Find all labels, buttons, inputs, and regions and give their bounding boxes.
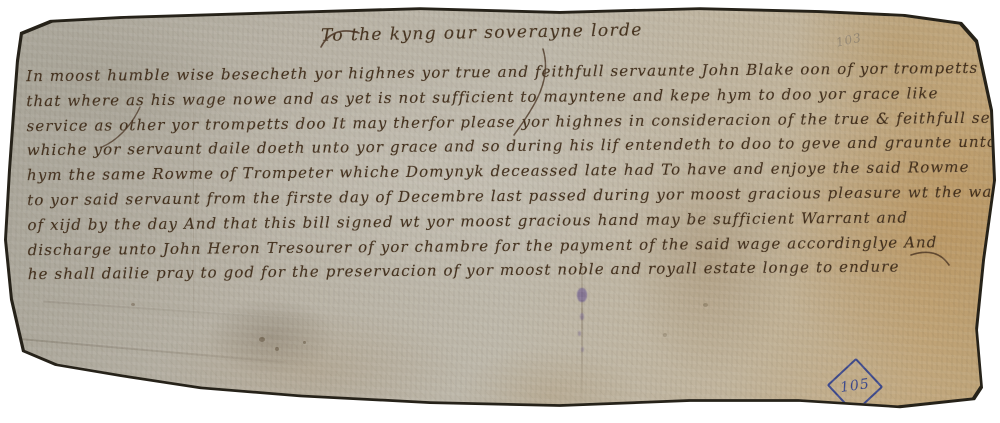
stain-speck — [703, 303, 708, 307]
parchment-torn-edge: To the kyng our soverayne lorde In moost… — [0, 0, 1000, 423]
ink-smudge — [577, 288, 587, 302]
stain-speck — [259, 337, 265, 342]
stain-speck — [275, 347, 279, 351]
document-heading: To the kyng our soverayne lorde — [321, 20, 643, 46]
manuscript-photo: To the kyng our soverayne lorde In moost… — [0, 0, 1000, 423]
stain-speck — [303, 341, 306, 344]
stain-speck — [131, 303, 135, 306]
stain-speck — [663, 333, 667, 337]
petition-text-block: In moost humble wise besecheth yor highn… — [26, 56, 974, 287]
archival-stamp-diamond: 105 — [827, 358, 884, 415]
fold-crease — [5, 337, 284, 363]
parchment-document: To the kyng our soverayne lorde In moost… — [3, 3, 997, 420]
folio-number-stamp: 105 — [835, 366, 876, 407]
ink-smudge — [581, 347, 584, 352]
fold-crease — [43, 300, 402, 327]
folio-number-pencil: 103 — [835, 30, 863, 49]
ink-smudge — [580, 313, 584, 320]
ink-smudge — [578, 331, 581, 336]
